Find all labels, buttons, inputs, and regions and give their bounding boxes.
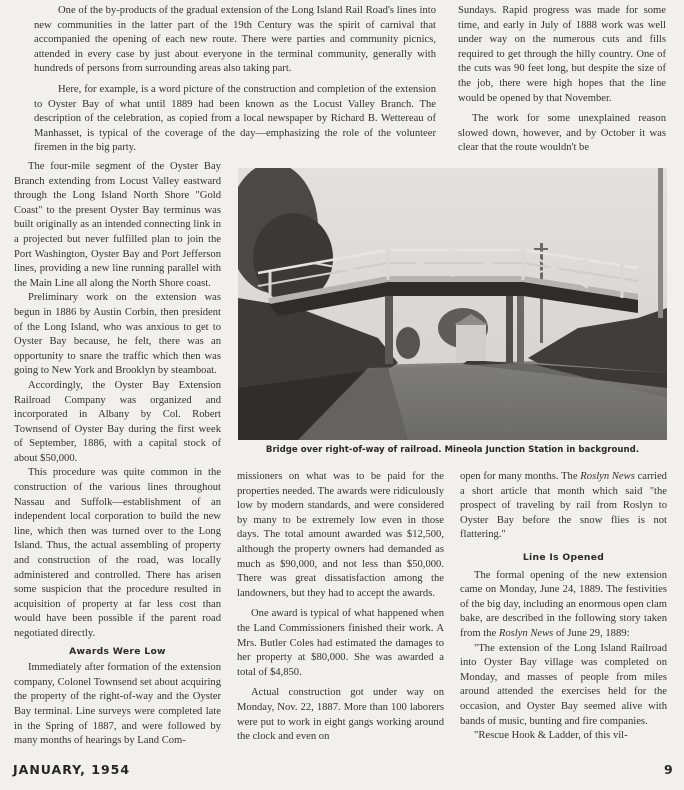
photo-caption: Bridge over right-of-way of railroad. Mi…	[238, 445, 667, 455]
right-top-column: Sundays. Rapid progress was made for som…	[458, 4, 666, 156]
section-subhead: Awards Were Low	[14, 645, 221, 660]
body-paragraph: Actual construction got under way on Mon…	[237, 686, 444, 744]
quote-paragraph: "The extension of the Long Island Railro…	[460, 642, 667, 730]
page-number: 9	[664, 762, 673, 777]
body-paragraph: The four-mile segment of the Oyster Bay …	[14, 160, 221, 291]
quote-paragraph: "Rescue Hook & Ladder, of this vil-	[460, 729, 667, 744]
intro-paragraph: One of the by-products of the gradual ex…	[34, 4, 436, 77]
left-column: The four-mile segment of the Oyster Bay …	[14, 160, 221, 749]
body-paragraph: The work for some unexplained reason slo…	[458, 112, 666, 156]
photo-image	[238, 168, 667, 440]
body-paragraph: One award is typical of what happened wh…	[237, 607, 444, 680]
body-paragraph: This procedure was quite common in the c…	[14, 466, 221, 641]
body-paragraph: open for many months. The Roslyn News ca…	[460, 470, 667, 543]
bridge-photo	[238, 168, 667, 440]
intro-paragraph: Here, for example, is a word picture of …	[34, 83, 436, 156]
body-paragraph: Sundays. Rapid progress was made for som…	[458, 4, 666, 106]
issue-date: JANUARY, 1954	[13, 762, 130, 777]
body-paragraph: The formal opening of the new extension …	[460, 569, 667, 642]
newspaper-title: Roslyn News	[580, 471, 635, 482]
text-run: of June 29, 1889:	[553, 628, 629, 639]
middle-column: missioners on what was to be paid for th…	[237, 470, 444, 745]
text-run: open for many months. The	[460, 471, 580, 482]
body-paragraph: Immediately after formation of the exten…	[14, 661, 221, 749]
body-paragraph: Accordingly, the Oyster Bay Extension Ra…	[14, 379, 221, 467]
section-subhead: Line Is Opened	[460, 551, 667, 566]
body-paragraph: Preliminary work on the extension was be…	[14, 291, 221, 379]
magazine-page: One of the by-products of the gradual ex…	[0, 0, 684, 790]
right-column: open for many months. The Roslyn News ca…	[460, 470, 667, 744]
body-paragraph: missioners on what was to be paid for th…	[237, 470, 444, 601]
newspaper-title: Roslyn News	[499, 628, 553, 639]
intro-block: One of the by-products of the gradual ex…	[34, 4, 436, 156]
